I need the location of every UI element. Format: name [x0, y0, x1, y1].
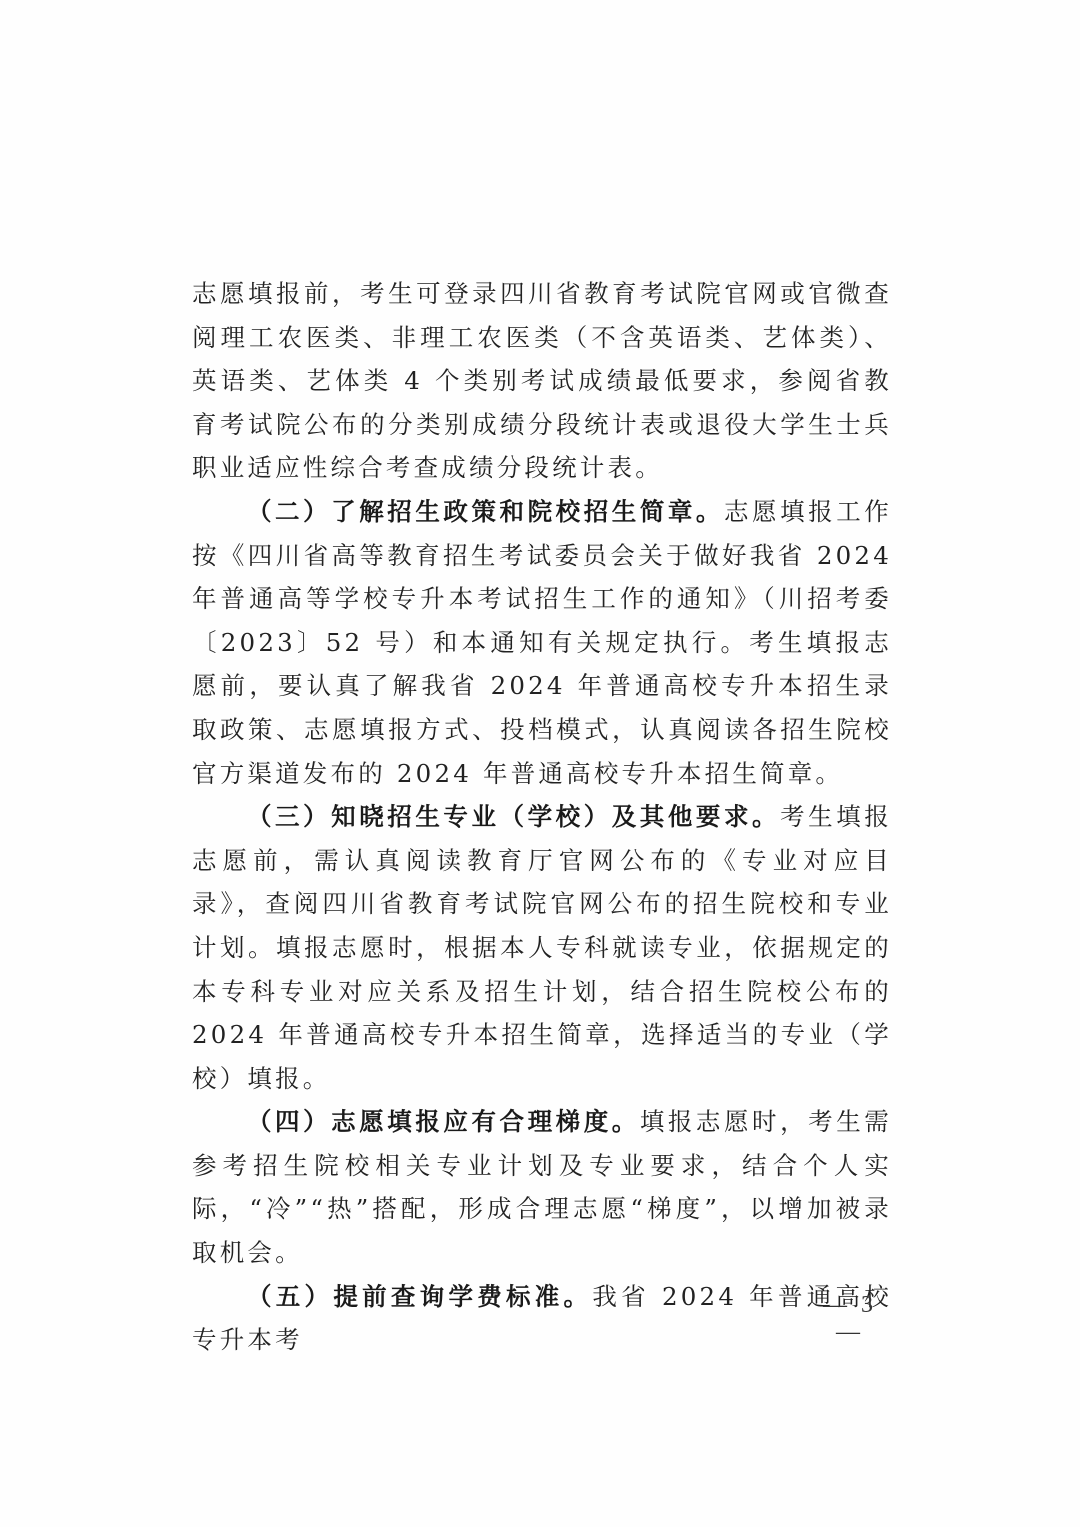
document-page: 志愿填报前，考生可登录四川省教育考试院官网或官微查阅理工农医类、非理工农医类（不…	[0, 0, 1080, 1527]
paragraph-majors: （三）知晓招生专业（学校）及其他要求。考生填报志愿前，需认真阅读教育厅官网公布的…	[192, 795, 892, 1100]
section-heading-3: （三）知晓招生专业（学校）及其他要求。	[247, 802, 780, 831]
document-body: 志愿填报前，考生可登录四川省教育考试院官网或官微查阅理工农医类、非理工农医类（不…	[192, 272, 892, 1362]
paragraph-text: 考生填报志愿前，需认真阅读教育厅官网公布的《专业对应目录》，查阅四川省教育考试院…	[192, 802, 892, 1093]
paragraph-tuition: （五）提前查询学费标准。我省 2024 年普通高校专升本考	[192, 1275, 892, 1362]
paragraph-gradient: （四）志愿填报应有合理梯度。填报志愿时，考生需参考招生院校相关专业计划及专业要求…	[192, 1100, 892, 1274]
paragraph-policy: （二）了解招生政策和院校招生简章。志愿填报工作按《四川省高等教育招生考试委员会关…	[192, 490, 892, 795]
section-heading-2: （二）了解招生政策和院校招生简章。	[247, 497, 724, 526]
paragraph-score-requirements: 志愿填报前，考生可登录四川省教育考试院官网或官微查阅理工农医类、非理工农医类（不…	[192, 272, 892, 490]
section-heading-5: （五）提前查询学费标准。	[247, 1282, 592, 1311]
paragraph-text: 志愿填报前，考生可登录四川省教育考试院官网或官微查阅理工农医类、非理工农医类（不…	[192, 279, 892, 482]
section-heading-4: （四）志愿填报应有合理梯度。	[247, 1107, 640, 1136]
page-number: — 3 —	[810, 1292, 890, 1346]
paragraph-text: 志愿填报工作按《四川省高等教育招生考试委员会关于做好我省 2024 年普通高等学…	[192, 497, 892, 788]
